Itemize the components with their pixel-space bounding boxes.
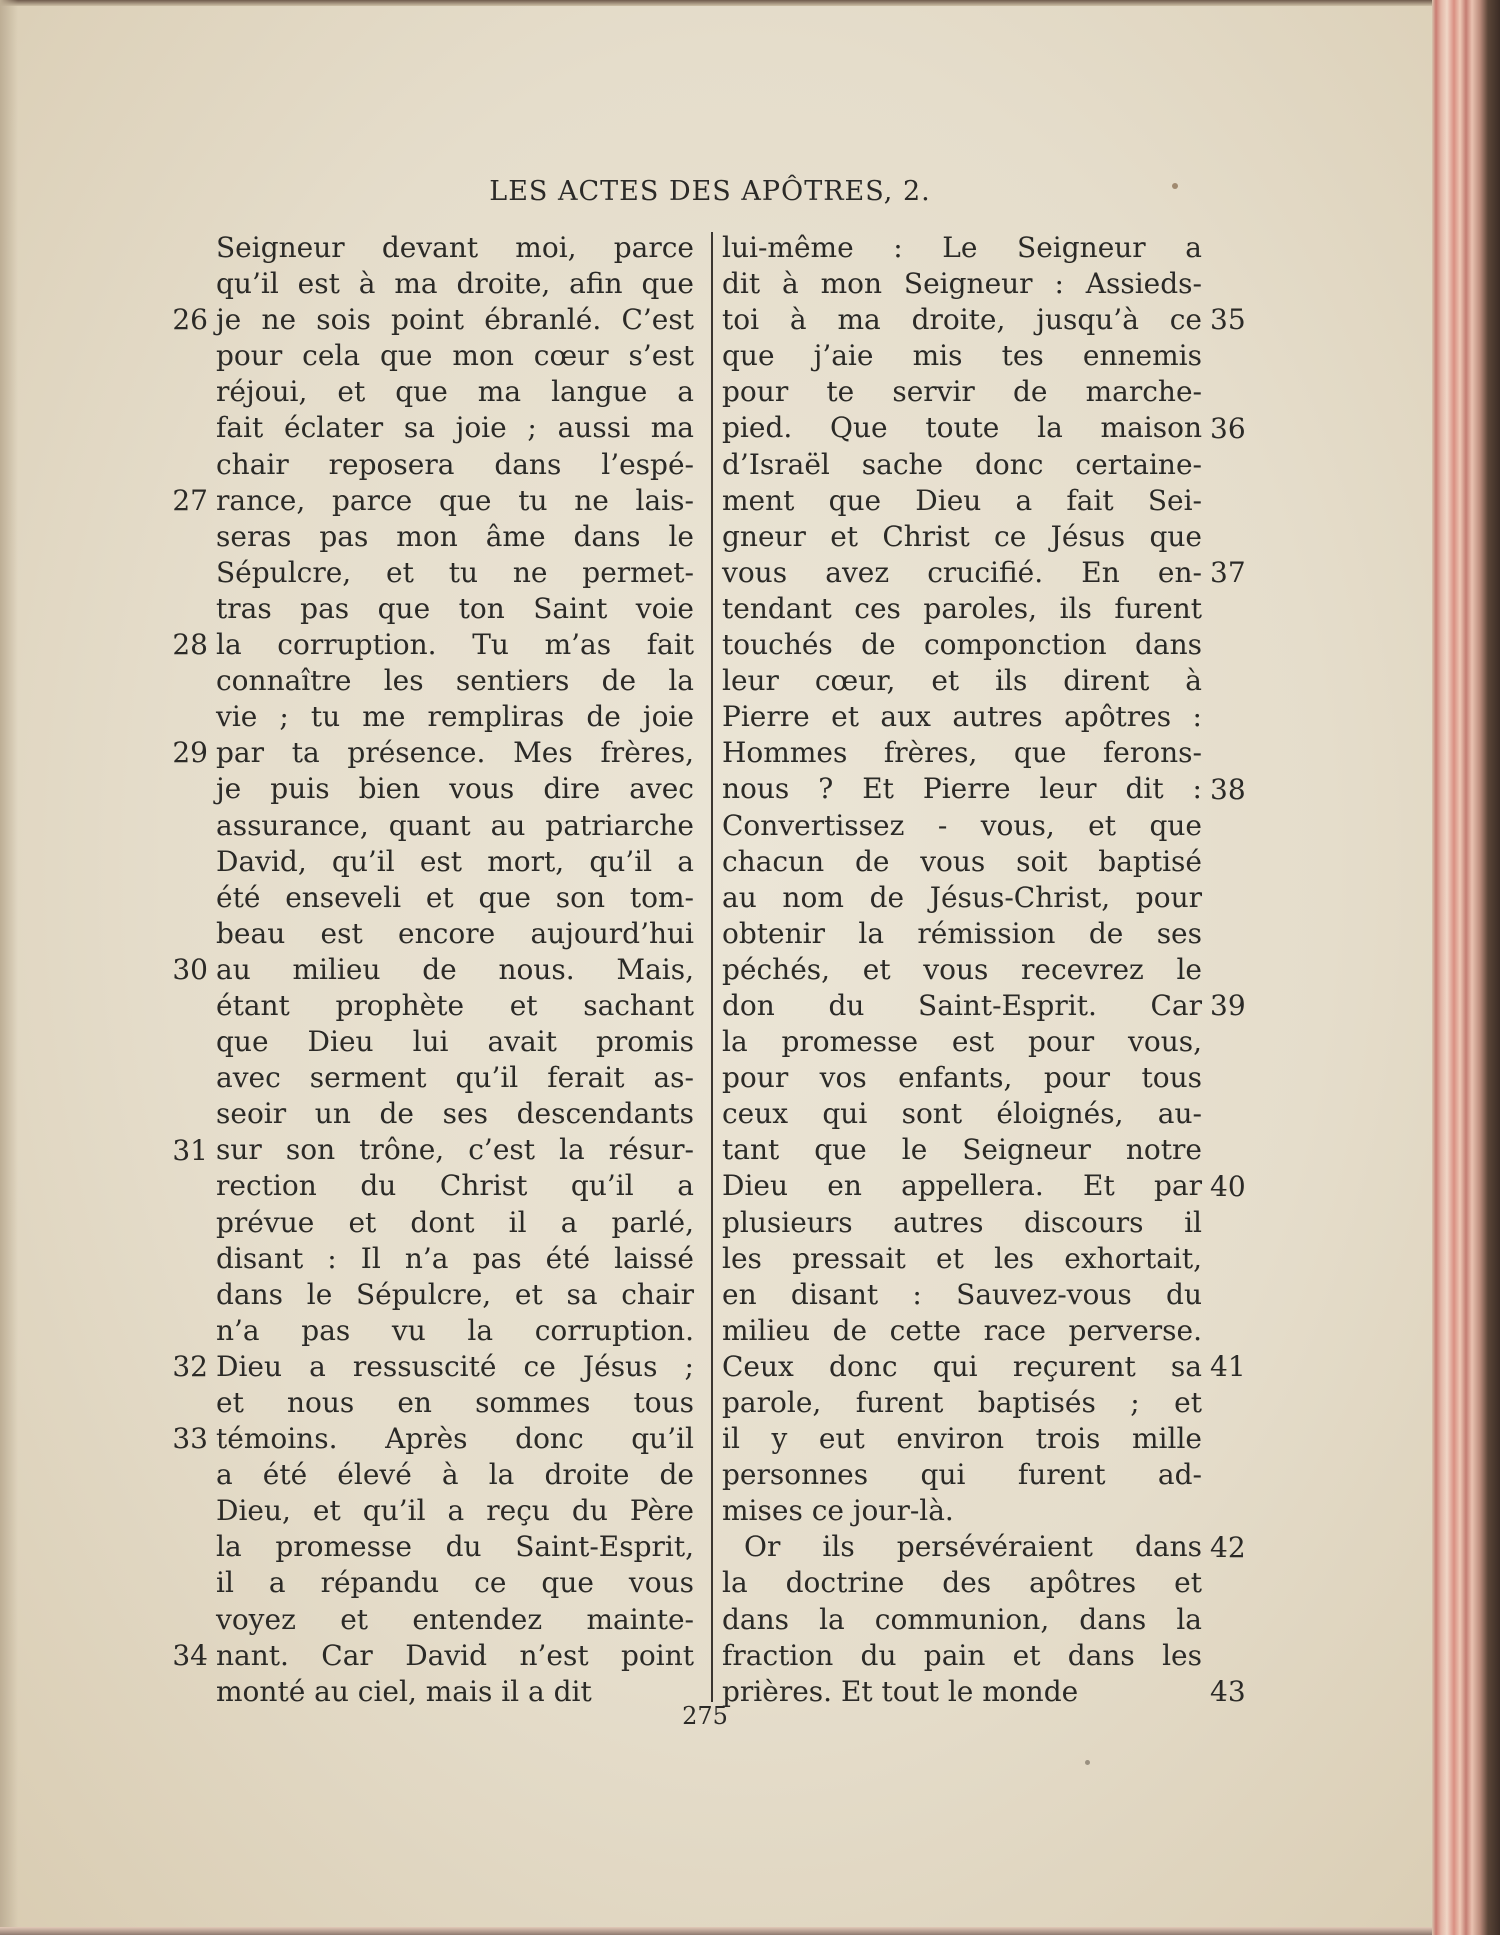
- text-line: la promesse du Saint-Esprit,: [216, 1529, 694, 1565]
- text-line: plusieurs autres discours il: [722, 1205, 1202, 1241]
- text-line: seras pas mon âme dans le: [216, 519, 694, 555]
- verse-number: 34: [158, 1638, 208, 1674]
- verse-number: 42: [1210, 1530, 1260, 1566]
- text-line: disant : Il n’a pas été laissé: [216, 1241, 694, 1277]
- text-line: en disant : Sauvez-vous du: [722, 1277, 1202, 1313]
- text-line: connaître les sentiers de la: [216, 663, 694, 699]
- text-line: par ta présence. Mes frères,: [216, 735, 694, 771]
- text-line: fraction du pain et dans les: [722, 1638, 1202, 1674]
- text-line: prévue et dont il a parlé,: [216, 1205, 694, 1241]
- gutter-shade: [0, 0, 18, 1935]
- paper-speck: [1085, 1760, 1090, 1765]
- text-line: la doctrine des apôtres et: [722, 1565, 1202, 1601]
- verse-number: 37: [1210, 555, 1260, 591]
- text-line: avec serment qu’il ferait as-: [216, 1060, 694, 1096]
- text-line: la corruption. Tu m’as fait: [216, 627, 694, 663]
- text-line: Hommes frères, que ferons-: [722, 735, 1202, 771]
- verse-number: 30: [158, 952, 208, 988]
- text-line: Pierre et aux autres apôtres :: [722, 699, 1202, 735]
- text-line: au milieu de nous. Mais,: [216, 952, 694, 988]
- text-line: dans la communion, dans la: [722, 1602, 1202, 1638]
- text-line: ment que Dieu a fait Sei-: [722, 483, 1202, 519]
- text-line: pour cela que mon cœur s’est: [216, 338, 694, 374]
- text-line: été enseveli et que son tom-: [216, 880, 694, 916]
- text-line: chair reposera dans l’espé-: [216, 447, 694, 483]
- text-line: les pressait et les exhortait,: [722, 1241, 1202, 1277]
- text-line: dit à mon Seigneur : Assieds-: [722, 266, 1202, 302]
- verse-number: 36: [1210, 411, 1260, 447]
- text-line: beau est encore aujourd’hui: [216, 916, 694, 952]
- text-line: nant. Car David n’est point: [216, 1638, 694, 1674]
- text-line: Dieu a ressuscité ce Jésus ;: [216, 1349, 694, 1385]
- text-line: fait éclater sa joie ; aussi ma: [216, 410, 694, 446]
- text-line: tendant ces paroles, ils furent: [722, 591, 1202, 627]
- text-line: d’Israël sache donc certaine-: [722, 447, 1202, 483]
- text-line: vie ; tu me rempliras de joie: [216, 699, 694, 735]
- text-line: que j’aie mis tes ennemis: [722, 338, 1202, 374]
- verse-number: 27: [158, 483, 208, 519]
- page-edges-red: [1432, 0, 1500, 1935]
- text-line: au nom de Jésus-Christ, pour: [722, 880, 1202, 916]
- text-line: témoins. Après donc qu’il: [216, 1421, 694, 1457]
- text-line: dans le Sépulcre, et sa chair: [216, 1277, 694, 1313]
- text-line: don du Saint-Esprit. Car: [722, 988, 1202, 1024]
- text-line: voyez et entendez mainte-: [216, 1602, 694, 1638]
- verse-number: 39: [1210, 988, 1260, 1024]
- running-title: LES ACTES DES APÔTRES, 2.: [0, 176, 1440, 207]
- text-line: je ne sois point ébranlé. C’est: [216, 302, 694, 338]
- text-line: pour vos enfants, pour tous: [722, 1060, 1202, 1096]
- verse-number: 33: [158, 1421, 208, 1457]
- text-line: étant prophète et sachant: [216, 988, 694, 1024]
- text-line: vous avez crucifié. En en-: [722, 555, 1202, 591]
- text-line: pied. Que toute la maison: [722, 410, 1202, 446]
- text-line: Or ils persévéraient dans: [722, 1529, 1202, 1565]
- text-line: a été élevé à la droite de: [216, 1457, 694, 1493]
- text-line: n’a pas vu la corruption.: [216, 1313, 694, 1349]
- text-line: tant que le Seigneur notre: [722, 1132, 1202, 1168]
- text-line: tras pas que ton Saint voie: [216, 591, 694, 627]
- page-bottom-edge: [0, 1927, 1440, 1935]
- text-line: réjoui, et que ma langue a: [216, 374, 694, 410]
- text-line: Ceux donc qui reçurent sa: [722, 1349, 1202, 1385]
- text-line: lui-même : Le Seigneur a: [722, 230, 1202, 266]
- verse-number: 41: [1210, 1349, 1260, 1385]
- text-line: pour te servir de marche-: [722, 374, 1202, 410]
- text-line: je puis bien vous dire avec: [216, 771, 694, 807]
- text-line: il y eut environ trois mille: [722, 1421, 1202, 1457]
- text-line: touchés de componction dans: [722, 627, 1202, 663]
- right-column: lui-même : Le Seigneur adit à mon Seigne…: [722, 230, 1202, 1710]
- page-top-shadow: [0, 0, 1440, 6]
- verse-number: 31: [158, 1133, 208, 1169]
- text-line: leur cœur, et ils dirent à: [722, 663, 1202, 699]
- verse-number: 40: [1210, 1169, 1260, 1205]
- text-line: péchés, et vous recevrez le: [722, 952, 1202, 988]
- text-line: Dieu en appellera. Et par: [722, 1168, 1202, 1204]
- text-line: que Dieu lui avait promis: [216, 1024, 694, 1060]
- text-line: Seigneur devant moi, parce: [216, 230, 694, 266]
- left-column: Seigneur devant moi, parcequ’il est à ma…: [216, 230, 694, 1710]
- text-line: rance, parce que tu ne lais-: [216, 483, 694, 519]
- text-line: ceux qui sont éloignés, au-: [722, 1096, 1202, 1132]
- text-line: Dieu, et qu’il a reçu du Père: [216, 1493, 694, 1529]
- text-line: chacun de vous soit baptisé: [722, 844, 1202, 880]
- text-line: il a répandu ce que vous: [216, 1565, 694, 1601]
- verse-number: 29: [158, 735, 208, 771]
- text-line: mises ce jour-là.: [722, 1493, 1202, 1529]
- text-line: la promesse est pour vous,: [722, 1024, 1202, 1060]
- text-line: seoir un de ses descendants: [216, 1096, 694, 1132]
- verse-number: 35: [1210, 302, 1260, 338]
- verse-number: 32: [158, 1349, 208, 1385]
- text-line: sur son trône, c’est la résur-: [216, 1132, 694, 1168]
- text-line: nous ? Et Pierre leur dit :: [722, 771, 1202, 807]
- text-line: Sépulcre, et tu ne permet-: [216, 555, 694, 591]
- verse-number: 28: [158, 627, 208, 663]
- text-line: assurance, quant au patriarche: [216, 808, 694, 844]
- text-line: rection du Christ qu’il a: [216, 1168, 694, 1204]
- text-line: qu’il est à ma droite, afin que: [216, 266, 694, 302]
- text-line: gneur et Christ ce Jésus que: [722, 519, 1202, 555]
- text-line: obtenir la rémission de ses: [722, 916, 1202, 952]
- book-page: LES ACTES DES APÔTRES, 2. Seigneur devan…: [0, 0, 1500, 1935]
- text-line: personnes qui furent ad-: [722, 1457, 1202, 1493]
- page-number: 275: [0, 1702, 1410, 1730]
- verse-number: 38: [1210, 772, 1260, 808]
- column-divider: [711, 232, 713, 1702]
- text-line: toi à ma droite, jusqu’à ce: [722, 302, 1202, 338]
- running-title-text: LES ACTES DES APÔTRES, 2.: [489, 176, 930, 207]
- text-line: parole, furent baptisés ; et: [722, 1385, 1202, 1421]
- text-line: David, qu’il est mort, qu’il a: [216, 844, 694, 880]
- text-line: et nous en sommes tous: [216, 1385, 694, 1421]
- text-line: Convertissez - vous, et que: [722, 808, 1202, 844]
- text-line: milieu de cette race perverse.: [722, 1313, 1202, 1349]
- verse-number: 26: [158, 302, 208, 338]
